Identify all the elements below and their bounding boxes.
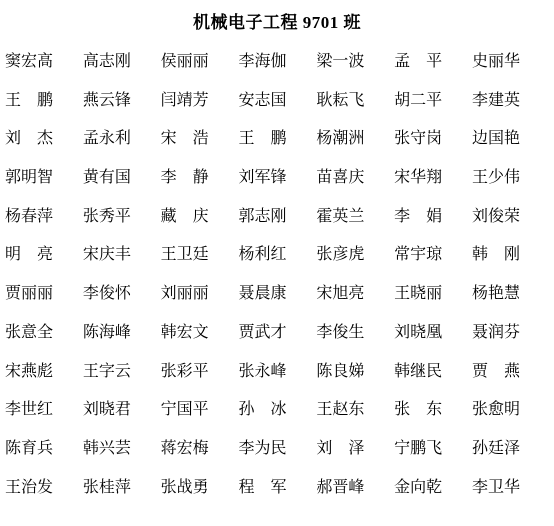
student-name: 燕云锋: [83, 91, 131, 111]
student-name: 藏 庆: [161, 207, 209, 227]
student-name: 耿耘飞: [316, 91, 364, 111]
student-name: 程 军: [238, 478, 286, 498]
student-name: 霍英兰: [316, 207, 364, 227]
student-name: 边国艳: [472, 129, 520, 149]
roster-row: 王 鹏燕云锋闫靖芳安志国耿耘飞胡二平李建英: [5, 91, 520, 130]
student-name: 李建英: [472, 91, 520, 111]
student-name: 张秀平: [83, 207, 131, 227]
student-name: 李为民: [238, 439, 286, 459]
student-name: 宁鹏飞: [394, 439, 442, 459]
student-name: 韩兴芸: [83, 439, 131, 459]
student-name: 贾丽丽: [5, 284, 53, 304]
student-name: 宁国平: [161, 400, 209, 420]
student-name: 张桂萍: [83, 478, 131, 498]
student-name: 孙 冰: [238, 400, 286, 420]
student-name: 王治发: [5, 478, 53, 498]
student-name: 王晓丽: [394, 284, 442, 304]
student-name: 李 娟: [394, 207, 442, 227]
page-title: 机械电子工程 9701 班: [0, 8, 554, 33]
student-name: 刘 泽: [316, 439, 364, 459]
student-name: 郭志刚: [238, 207, 286, 227]
student-name: 金向乾: [394, 478, 442, 498]
student-name: 王 鹏: [238, 129, 286, 149]
student-name: 王字云: [83, 362, 131, 382]
student-name: 孙廷泽: [472, 439, 520, 459]
student-name: 聂润芬: [472, 323, 520, 343]
student-name: 李世红: [5, 400, 53, 420]
student-name: 张彦虎: [316, 245, 364, 265]
roster-row: 杨春萍张秀平藏 庆郭志刚霍英兰李 娟刘俊荣: [5, 207, 520, 246]
student-name: 王卫廷: [161, 245, 209, 265]
student-name: 陈育兵: [5, 439, 53, 459]
student-name: 李 静: [161, 168, 209, 188]
roster-row: 郭明智黄有国李 静刘军锋苗喜庆宋华翔王少伟: [5, 168, 520, 207]
student-name: 韩 刚: [472, 245, 520, 265]
student-name: 宋华翔: [394, 168, 442, 188]
student-name: 宋 浩: [161, 129, 209, 149]
roster: 窦宏高高志刚侯丽丽李海伽梁一波孟 平史丽华王 鹏燕云锋闫靖芳安志国耿耘飞胡二平李…: [5, 52, 520, 516]
student-name: 杨潮洲: [316, 129, 364, 149]
student-name: 史丽华: [472, 52, 520, 72]
student-name: 高志刚: [83, 52, 131, 72]
student-name: 陈海峰: [83, 323, 131, 343]
student-name: 常宇琼: [394, 245, 442, 265]
student-name: 杨春萍: [5, 207, 53, 227]
student-name: 黄有国: [83, 168, 131, 188]
student-name: 胡二平: [394, 91, 442, 111]
student-name: 张意全: [5, 323, 53, 343]
student-name: 韩继民: [394, 362, 442, 382]
student-name: 闫靖芳: [161, 91, 209, 111]
student-name: 李海伽: [238, 52, 286, 72]
student-name: 蒋宏梅: [161, 439, 209, 459]
student-name: 郝晋峰: [316, 478, 364, 498]
student-name: 李卫华: [472, 478, 520, 498]
student-name: 刘晓凰: [394, 323, 442, 343]
roster-row: 张意全陈海峰韩宏文贾武才李俊生刘晓凰聂润芬: [5, 323, 520, 362]
student-name: 梁一波: [316, 52, 364, 72]
student-name: 窦宏高: [5, 52, 53, 72]
student-name: 宋旭亮: [316, 284, 364, 304]
student-name: 王赵东: [316, 400, 364, 420]
student-name: 孟 平: [394, 52, 442, 72]
student-name: 刘俊荣: [472, 207, 520, 227]
roster-row: 贾丽丽李俊怀刘丽丽聂晨康宋旭亮王晓丽杨艳慧: [5, 284, 520, 323]
roster-row: 王治发张桂萍张战勇程 军郝晋峰金向乾李卫华: [5, 478, 520, 517]
student-name: 贾武才: [238, 323, 286, 343]
student-name: 刘丽丽: [161, 284, 209, 304]
student-name: 王 鹏: [5, 91, 53, 111]
roster-row: 刘 杰孟永利宋 浩王 鹏杨潮洲张守岗边国艳: [5, 129, 520, 168]
student-name: 刘晓君: [83, 400, 131, 420]
roster-row: 明 亮宋庆丰王卫廷杨利红张彦虎常宇琼韩 刚: [5, 245, 520, 284]
roster-row: 陈育兵韩兴芸蒋宏梅李为民刘 泽宁鹏飞孙廷泽: [5, 439, 520, 478]
student-name: 明 亮: [5, 245, 53, 265]
roster-row: 窦宏高高志刚侯丽丽李海伽梁一波孟 平史丽华: [5, 52, 520, 91]
student-name: 侯丽丽: [161, 52, 209, 72]
student-name: 刘 杰: [5, 129, 53, 149]
roster-row: 宋燕彪王字云张彩平张永峰陈良娣韩继民贾 燕: [5, 362, 520, 401]
student-name: 聂晨康: [238, 284, 286, 304]
student-name: 王少伟: [472, 168, 520, 188]
student-name: 陈良娣: [316, 362, 364, 382]
student-name: 李俊生: [316, 323, 364, 343]
student-name: 张守岗: [394, 129, 442, 149]
student-name: 张永峰: [238, 362, 286, 382]
student-name: 孟永利: [83, 129, 131, 149]
student-name: 张战勇: [161, 478, 209, 498]
student-name: 张愈明: [472, 400, 520, 420]
student-name: 杨艳慧: [472, 284, 520, 304]
student-name: 宋庆丰: [83, 245, 131, 265]
student-name: 贾 燕: [472, 362, 520, 382]
student-name: 郭明智: [5, 168, 53, 188]
student-name: 李俊怀: [83, 284, 131, 304]
student-name: 刘军锋: [238, 168, 286, 188]
student-name: 苗喜庆: [316, 168, 364, 188]
student-name: 宋燕彪: [5, 362, 53, 382]
student-name: 张彩平: [161, 362, 209, 382]
student-name: 韩宏文: [161, 323, 209, 343]
class-roster-page: 机械电子工程 9701 班 窦宏高高志刚侯丽丽李海伽梁一波孟 平史丽华王 鹏燕云…: [0, 0, 554, 526]
student-name: 张 东: [394, 400, 442, 420]
student-name: 安志国: [238, 91, 286, 111]
roster-row: 李世红刘晓君宁国平孙 冰王赵东张 东张愈明: [5, 400, 520, 439]
student-name: 杨利红: [238, 245, 286, 265]
